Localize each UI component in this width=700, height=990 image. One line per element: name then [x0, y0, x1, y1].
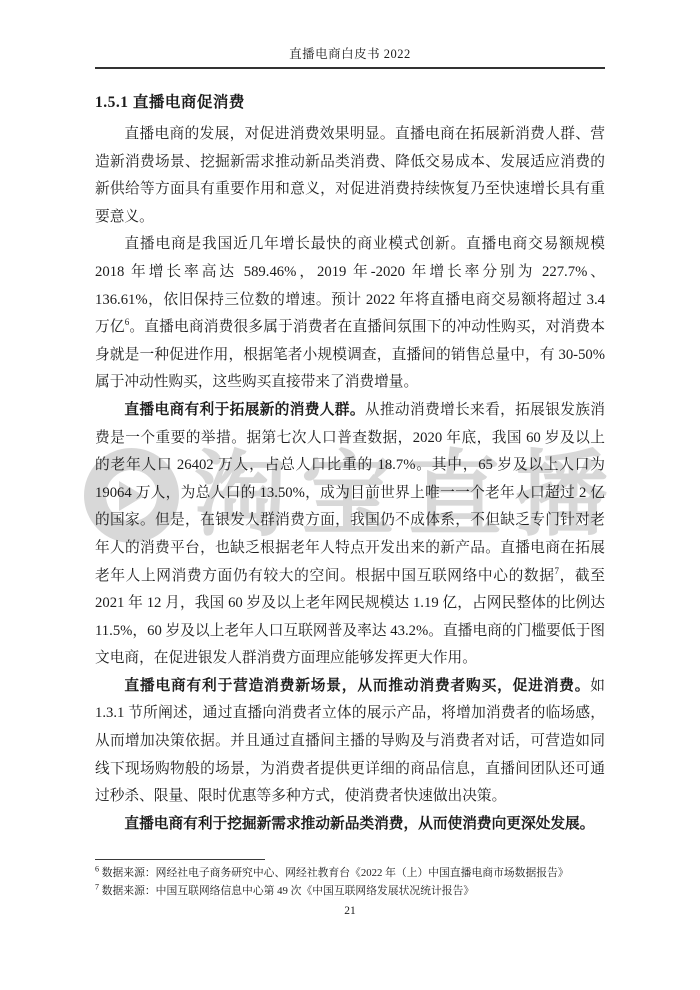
footnote-6-marker: 6 [95, 864, 99, 873]
body-text: 直播电商的发展，对促进消费效果明显。直播电商在拓展新消费人群、营造新消费场景、挖… [95, 121, 605, 838]
paragraph-5: 直播电商有利于挖掘新需求推动新品类消费，从而使消费向更深处发展。 [95, 811, 605, 839]
paragraph-2-text-after-ref: 。直播电商消费很多属于消费者在直播间氛围下的冲动性购买，对消费本身就是一种促进作… [95, 319, 605, 390]
paragraph-1: 直播电商的发展，对促进消费效果明显。直播电商在拓展新消费人群、营造新消费场景、挖… [95, 121, 605, 231]
footnote-7: 7 数据来源：中国互联网络信息中心第 49 次《中国互联网络发展状况统计报告》 [95, 883, 605, 901]
paragraph-1-text: 直播电商的发展，对促进消费效果明显。直播电商在拓展新消费人群、营造新消费场景、挖… [95, 126, 605, 225]
paragraph-2: 直播电商是我国近几年增长最快的商业模式创新。直播电商交易额规模 2018 年增长… [95, 231, 605, 397]
page-header: 直播电商白皮书 2022 [95, 0, 605, 69]
page-content: 直播电商白皮书 2022 1.5.1 直播电商促消费 直播电商的发展，对促进消费… [0, 0, 700, 838]
footnote-6: 6 数据来源：网经社电子商务研究中心、网经社教育台《2022 年（上）中国直播电… [95, 865, 605, 883]
paragraph-3-lead-bold: 直播电商有利于拓展新的消费人群。 [124, 402, 364, 418]
paragraph-3: 直播电商有利于拓展新的消费人群。从推动消费增长来看，拓展银发族消费是一个重要的举… [95, 397, 605, 673]
paragraph-4: 直播电商有利于营造消费新场景，从而推动消费者购买，促进消费。如 1.3.1 节所… [95, 673, 605, 811]
footnote-divider [95, 859, 265, 860]
paragraph-3-text: 从推动消费增长来看，拓展银发族消费是一个重要的举措。据第七次人口普查数据，202… [95, 402, 605, 584]
paragraph-4-lead-bold: 直播电商有利于营造消费新场景，从而推动消费者购买，促进消费。 [124, 678, 590, 694]
page-number: 21 [95, 903, 605, 921]
paragraph-5-bold: 直播电商有利于挖掘新需求推动新品类消费，从而使消费向更深处发展。 [124, 816, 594, 832]
footnote-6-text: 数据来源：网经社电子商务研究中心、网经社教育台《2022 年（上）中国直播电商市… [102, 867, 569, 879]
section-heading: 1.5.1 直播电商促消费 [95, 90, 605, 112]
footnotes: 6 数据来源：网经社电子商务研究中心、网经社教育台《2022 年（上）中国直播电… [95, 859, 605, 921]
footnote-7-text: 数据来源：中国互联网络信息中心第 49 次《中国互联网络发展状况统计报告》 [102, 885, 475, 897]
page-header-title: 直播电商白皮书 2022 [289, 47, 411, 61]
footnote-7-marker: 7 [95, 882, 99, 891]
paragraph-4-text: 如 1.3.1 节所阐述，通过直播向消费者立体的展示产品，将增加消费者的临场感，… [95, 678, 605, 804]
document-page: 淘宝直播 直播电商白皮书 2022 1.5.1 直播电商促消费 直播电商的发展，… [0, 0, 700, 990]
